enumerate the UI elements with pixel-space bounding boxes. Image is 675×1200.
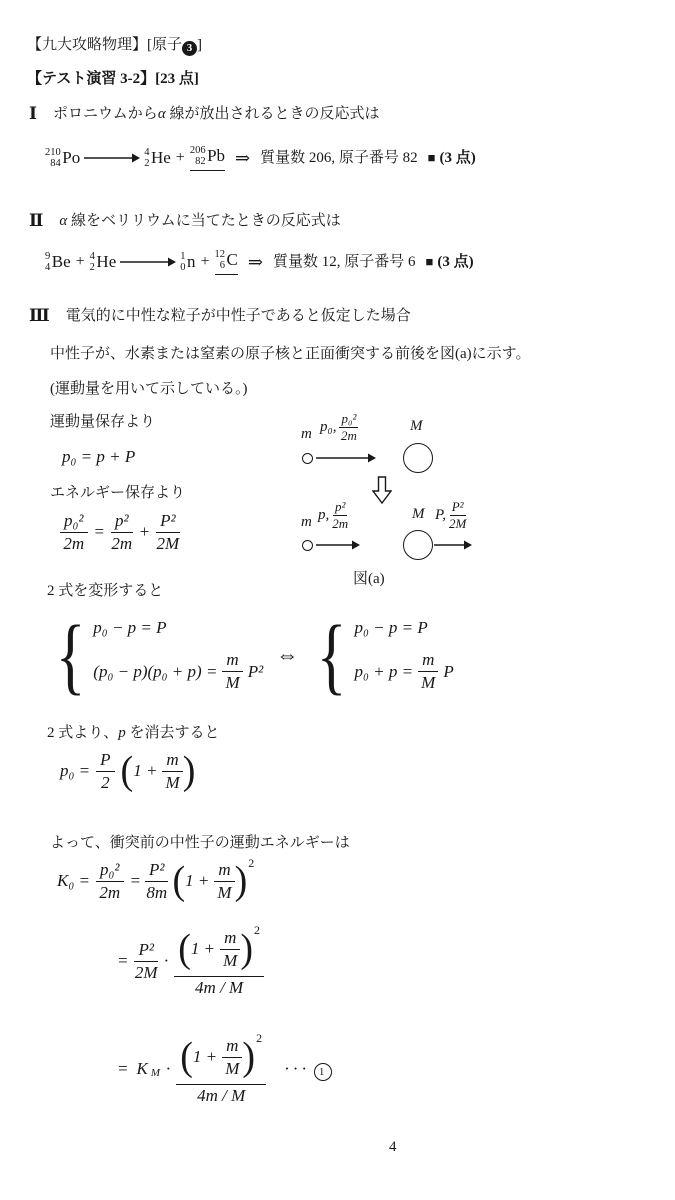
element-symbol: He: [96, 252, 116, 272]
score-marker-icon: ■: [425, 254, 433, 270]
section-2-heading: α 線をベリリウムに当てたときの反応式は: [59, 212, 340, 231]
paren-content: 1 + mM: [191, 929, 241, 970]
system-right-line2: p₀ + p = mM P: [354, 651, 453, 692]
fraction: mM: [222, 651, 242, 692]
expression: 1 +: [191, 940, 215, 958]
momentum-conservation-label: 運動量保存より: [50, 413, 155, 432]
velocity-arrow-icon: [434, 539, 472, 551]
plus-operator: +: [76, 253, 85, 271]
denominator: 2m: [341, 428, 357, 443]
bottom-left-arrow-label: p, p²2m: [318, 500, 348, 530]
numerator: p²: [111, 512, 133, 533]
figure-a: m p₀, p₀²2m M m p, p²2m M P, P²2M 図(a): [293, 410, 533, 600]
p-symbol: p: [118, 725, 126, 741]
equals-sign: =: [117, 951, 128, 971]
expression: P: [443, 662, 453, 682]
open-paren: (: [180, 1033, 193, 1081]
mass-m-label: m: [301, 514, 312, 531]
atomic-number: 4: [45, 262, 50, 273]
multiply-dot: ·: [166, 1059, 170, 1079]
system-left-column: p₀ − p = P (p₀ − p)(p₀ + p) = mM P²: [93, 618, 263, 692]
left-brace: {: [56, 612, 86, 698]
plus-operator: +: [201, 253, 210, 271]
km-symbol: K: [136, 1059, 147, 1079]
fraction: mM: [418, 651, 438, 692]
section-2: Ⅱ α 線をベリリウムに当てたときの反応式は: [29, 212, 341, 231]
score-points: (3 点): [440, 149, 476, 168]
figure-caption: 図(a): [353, 570, 385, 589]
atomic-number: 84: [50, 158, 61, 169]
denominator: M: [165, 772, 179, 792]
element-symbol: Be: [52, 252, 71, 272]
denominator: 4m / M: [195, 977, 243, 997]
document-title-text: 【九大攻略物理】[原子: [27, 37, 182, 53]
section-2-numeral: Ⅱ: [29, 212, 43, 231]
eliminate-label-a: 2 式より、: [47, 725, 118, 741]
score-marker-icon: ■: [428, 150, 436, 166]
score-points: (3 点): [437, 253, 473, 272]
fraction: p²2m: [332, 500, 348, 530]
squared-exponent: 2: [254, 924, 260, 937]
denominator: 2m: [63, 533, 84, 553]
velocity-arrow-icon: [316, 452, 376, 464]
mass-number: 206: [190, 145, 206, 156]
numerator: p₀²: [339, 412, 358, 428]
eliminate-label-c: を消去すると: [126, 725, 220, 741]
k0-step3-equation: = K M · ( 1 + mM ) 2 4m / M ···1: [117, 1034, 332, 1105]
section-3-numeral: Ⅲ: [29, 307, 50, 326]
fraction: p²2m: [111, 512, 133, 553]
left-brace: {: [317, 612, 347, 698]
reaction-1-result: 質量数 206, 原子番号 82: [260, 149, 418, 168]
numerator: P: [96, 751, 114, 772]
atomic-number: 2: [144, 158, 149, 169]
numerator: P²: [134, 941, 157, 962]
paren-content: 1 + mM: [193, 1037, 243, 1078]
fraction: mM: [214, 861, 234, 902]
expression: 1 +: [193, 1048, 217, 1066]
denominator: 2m: [332, 516, 348, 531]
nuclide-he: 42 He: [144, 147, 171, 169]
momentum-label: p₀,: [320, 419, 336, 436]
numerator: m: [222, 651, 242, 672]
close-paren: ): [240, 925, 253, 973]
mass-number: 4: [90, 251, 95, 262]
equals-sign: =: [94, 522, 105, 542]
eliminate-label: 2 式より、p を消去すると: [47, 724, 220, 743]
mass-number: 9: [45, 251, 50, 262]
element-symbol: Pb: [207, 146, 225, 166]
denominator: 8m: [146, 882, 167, 902]
alpha-symbol: α: [158, 106, 166, 122]
numerator: p²: [333, 500, 347, 516]
denominator: 4m / M: [197, 1085, 245, 1105]
big-fraction: ( 1 + mM ) 2 4m / M: [176, 1034, 266, 1105]
section-3: Ⅲ 電気的に中性な粒子が中性子であると仮定した場合: [29, 307, 411, 326]
system-right-column: p₀ − p = P p₀ + p = mM P: [354, 618, 453, 692]
equals-sign: =: [117, 1059, 128, 1079]
denominator: 2m: [99, 882, 120, 902]
numerator: P²: [145, 861, 168, 882]
mass-m-label: m: [301, 426, 312, 443]
page-number: 4: [389, 1138, 397, 1157]
numerator: P²: [450, 500, 466, 516]
equals-sign: =: [130, 871, 141, 891]
momentum-label: p,: [318, 507, 329, 524]
down-block-arrow-icon: [372, 476, 392, 504]
exercise-title: 【テスト演習 3-2】[23 点]: [27, 70, 199, 89]
momentum-equation: p₀ = p + P: [62, 447, 135, 467]
mass-number: 4: [144, 147, 149, 158]
k0-step2-equation: = P²2M · ( 1 + mM ) 2 4m / M: [117, 926, 264, 997]
top-arrow-label: p₀, p₀²2m: [320, 412, 358, 442]
fraction: p₀²2m: [96, 861, 124, 902]
fraction: P²2M: [156, 512, 179, 553]
nuclide-po: 21084 Po: [45, 147, 80, 169]
km-subscript: M: [151, 1067, 160, 1079]
atomic-number: 0: [180, 262, 185, 273]
numerator: ( 1 + mM ) 2: [174, 926, 264, 977]
circled-one-badge: 1: [314, 1063, 332, 1081]
plus-operator: +: [176, 149, 185, 167]
denominator: M: [223, 950, 237, 970]
section-3-line3: (運動量を用いて示している。): [50, 380, 248, 399]
nucleus-circle: [403, 443, 433, 473]
reaction-2-result: 質量数 12, 原子番号 6: [273, 253, 416, 272]
denominator: M: [421, 672, 435, 692]
nuclide-pb-answer: 20682 Pb: [190, 145, 225, 171]
expression: P²: [248, 662, 263, 682]
fraction: mM: [162, 751, 182, 792]
denominator: 2m: [111, 533, 132, 553]
fraction: P²2M: [449, 500, 466, 530]
expression: 1 +: [185, 871, 209, 891]
section-1-heading: ポロニウムからα 線が放出されるときの反応式は: [53, 105, 380, 124]
section-1: Ⅰ ポロニウムからα 線が放出されるときの反応式は: [29, 105, 379, 124]
denominator: M: [225, 1058, 239, 1078]
element-symbol: Po: [62, 148, 80, 168]
numerator: m: [222, 1037, 242, 1058]
mass-number: 12: [215, 249, 226, 260]
fraction: mM: [222, 1037, 242, 1078]
section-1-heading-a: ポロニウムから: [53, 106, 158, 122]
numerator: p₀²: [60, 512, 88, 533]
multiply-dot: ·: [164, 951, 168, 971]
iff-symbol: ⇔: [276, 642, 298, 668]
section-1-numeral: Ⅰ: [29, 105, 37, 124]
numerator: P²: [156, 512, 179, 533]
numerator: ( 1 + mM ) 2: [176, 1034, 266, 1085]
big-fraction: ( 1 + mM ) 2 4m / M: [174, 926, 264, 997]
numerator: m: [214, 861, 234, 882]
element-symbol: He: [151, 148, 171, 168]
atomic-number: 6: [220, 260, 225, 271]
mass-number: 210: [45, 147, 61, 158]
nucleus-circle: [403, 530, 433, 560]
open-paren: (: [172, 857, 185, 905]
section-1-heading-c: 線が放出されるときの反応式は: [166, 106, 380, 122]
numerator: m: [162, 751, 182, 772]
atom-chapter-badge: 3: [182, 41, 197, 56]
paren-content: 1 + mM: [185, 861, 235, 902]
reaction-1: 21084 Po 42 He + 20682 Pb ⇒ 質量数 206, 原子番…: [45, 138, 476, 178]
mass-M-label: M: [410, 418, 423, 435]
nuclide-he: 42 He: [90, 251, 117, 273]
atomic-number: 2: [90, 262, 95, 273]
kinetic-energy-label: よって、衝突前の中性子の運動エネルギーは: [50, 834, 350, 853]
fraction: mM: [220, 929, 240, 970]
implies-symbol: ⇒: [248, 252, 263, 273]
reaction-2: 94 Be + 42 He 10 n + 126 C ⇒ 質量数 12, 原子番…: [45, 242, 474, 282]
squared-exponent: 2: [248, 856, 254, 871]
section-3-line2: 中性子が、水素または窒素の原子核と正面衝突する前後を図(a)に示す。: [50, 345, 530, 364]
system-left-line2: (p₀ − p)(p₀ + p) = mM P²: [93, 651, 263, 692]
system-right-line1: p₀ − p = P: [354, 618, 453, 638]
element-symbol: C: [227, 250, 238, 270]
fraction: P²8m: [145, 861, 168, 902]
long-right-arrow-icon: [120, 256, 176, 268]
section-2-heading-b: 線をベリリウムに当てたときの反応式は: [67, 213, 341, 229]
p0-equation: p₀ = P2 ( 1 + mM ): [60, 748, 195, 794]
open-paren: (: [121, 747, 134, 795]
open-paren: (: [178, 925, 191, 973]
mass-number: 1: [180, 251, 185, 262]
neutron-circle: [302, 453, 313, 464]
plus-operator: +: [139, 522, 150, 542]
denominator: 2M: [449, 516, 466, 531]
tag-dots: ···: [284, 1059, 310, 1078]
atomic-number: 82: [195, 156, 206, 167]
bottom-right-arrow-label: P, P²2M: [435, 500, 466, 530]
expression: (p₀ − p)(p₀ + p) =: [93, 662, 217, 682]
denominator: 2M: [135, 962, 158, 982]
numerator: m: [418, 651, 438, 672]
mass-M-label: M: [412, 506, 425, 523]
close-paren: ): [183, 747, 196, 795]
fraction: P²2M: [134, 941, 157, 982]
close-paren: ): [235, 857, 248, 905]
expression: 1 +: [133, 761, 157, 781]
denominator: M: [217, 882, 231, 902]
energy-equation: p₀²2m = p²2m + P²2M: [60, 512, 180, 553]
document-title-close: ]: [197, 37, 202, 53]
equation-system: { p₀ − p = P (p₀ − p)(p₀ + p) = mM P² ⇔ …: [50, 612, 454, 698]
document-title: 【九大攻略物理】[原子3]: [27, 36, 202, 55]
worksheet-page: { "page": { "title_pre": "【九大攻略物理】[原子", …: [0, 0, 675, 1200]
fraction: p₀²2m: [60, 512, 88, 553]
lhs: p₀ =: [60, 761, 90, 781]
denominator: 2: [101, 772, 110, 792]
fraction: P2: [96, 751, 114, 792]
k0-equation: K₀ = p₀²2m = P²8m ( 1 + mM ) 2: [57, 858, 254, 904]
close-paren: ): [242, 1033, 255, 1081]
numerator: m: [220, 929, 240, 950]
denominator: M: [225, 672, 239, 692]
system-left-line1: p₀ − p = P: [93, 618, 263, 638]
section-3-heading: 電気的に中性な粒子が中性子であると仮定した場合: [66, 307, 411, 326]
element-symbol: n: [187, 252, 196, 272]
momentum-label: P,: [435, 507, 446, 524]
equation-tag: ···1: [284, 1059, 332, 1080]
nuclide-n: 10 n: [180, 251, 195, 273]
numerator: p₀²: [96, 861, 124, 882]
expression: p₀ + p =: [354, 662, 413, 682]
neutron-circle: [302, 540, 313, 551]
long-right-arrow-icon: [84, 152, 140, 164]
transform-label: 2 式を変形すると: [47, 582, 163, 601]
energy-conservation-label: エネルギー保存より: [50, 484, 185, 503]
lhs: K₀ =: [57, 871, 90, 891]
denominator: 2M: [157, 533, 180, 553]
velocity-arrow-icon: [316, 539, 360, 551]
implies-symbol: ⇒: [235, 148, 250, 169]
squared-exponent: 2: [256, 1032, 262, 1045]
fraction: p₀²2m: [339, 412, 358, 442]
nuclide-be: 94 Be: [45, 251, 71, 273]
paren-content: 1 + mM: [133, 751, 183, 792]
nuclide-c-answer: 126 C: [215, 249, 238, 275]
